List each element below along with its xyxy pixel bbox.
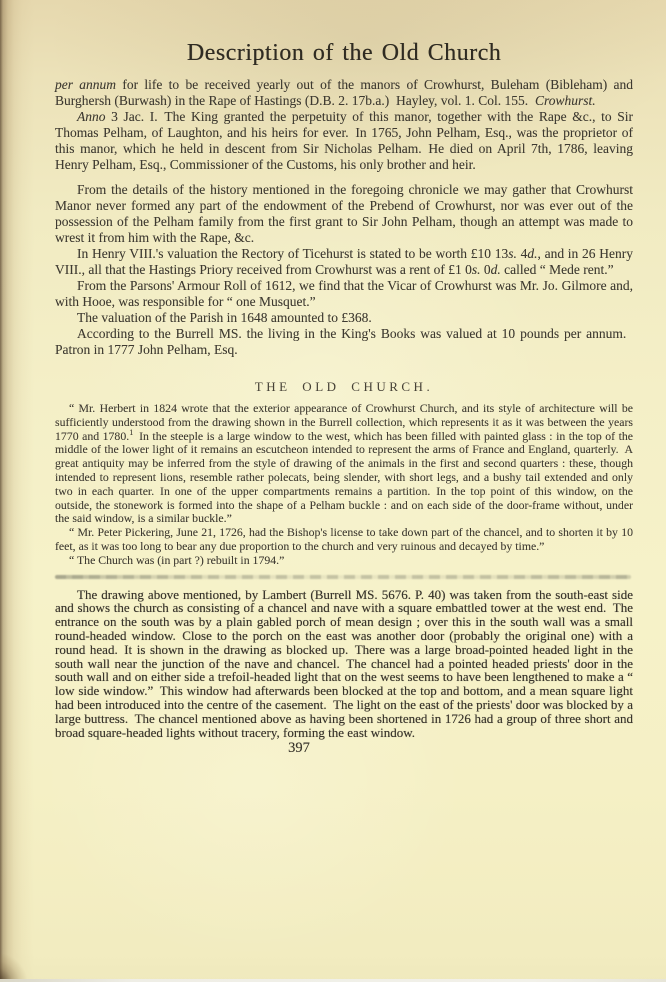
quote-paragraph: “ Mr. Peter Pickering, June 21, 1726, ha…: [55, 526, 633, 554]
body-paragraph: per annum for life to be received yearly…: [55, 77, 633, 109]
page-number: 397: [10, 740, 588, 757]
page-left-edge-shadow: [0, 0, 34, 982]
page-title: Description of the Old Church: [55, 40, 633, 67]
quote-paragraph: “ The Church was (in part ?) rebuilt in …: [55, 554, 633, 568]
closing-text-section: The drawing above mentioned, by Lambert …: [55, 588, 633, 740]
page-content: Description of the Old Church per annum …: [55, 0, 633, 757]
quote-paragraph: “ Mr. Herbert in 1824 wrote that the ext…: [55, 402, 633, 526]
page-corner-shadow: [0, 934, 34, 982]
scanned-book-page: Description of the Old Church per annum …: [0, 0, 666, 982]
main-text-section: per annum for life to be received yearly…: [55, 77, 633, 358]
section-heading: THE OLD CHURCH.: [55, 379, 633, 395]
faded-print-artifact: [55, 575, 631, 579]
body-paragraph: In Henry VIII.'s valuation the Rectory o…: [55, 246, 633, 278]
body-paragraph: Anno 3 Jac. I. The King granted the perp…: [55, 109, 633, 173]
body-paragraph: From the details of the history mentione…: [55, 182, 633, 246]
body-paragraph: According to the Burrell MS. the living …: [55, 326, 633, 358]
quoted-small-print-section: “ Mr. Herbert in 1824 wrote that the ext…: [55, 402, 633, 568]
closing-paragraph: The drawing above mentioned, by Lambert …: [55, 588, 633, 740]
body-paragraph: From the Parsons' Armour Roll of 1612, w…: [55, 278, 633, 310]
body-paragraph: The valuation of the Parish in 1648 amou…: [55, 310, 633, 326]
